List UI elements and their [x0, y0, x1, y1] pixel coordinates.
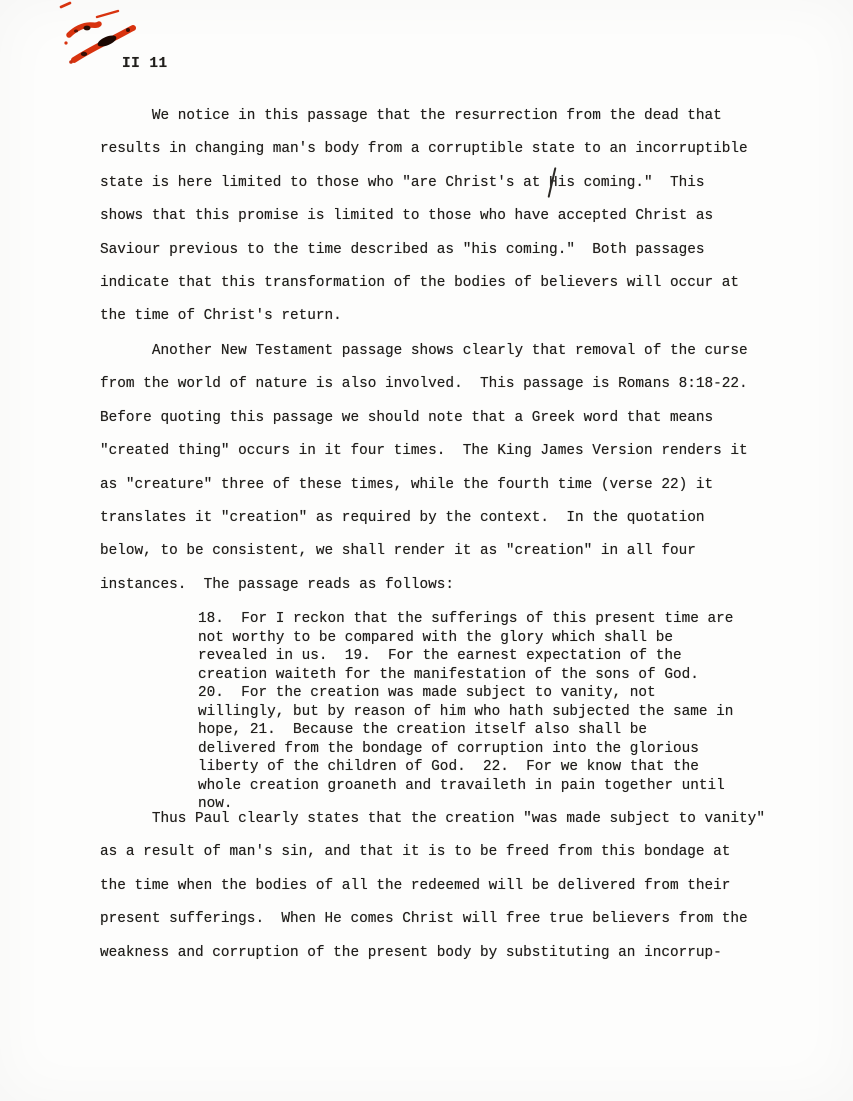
block-quote-romans-8-18-22: 18. For I reckon that the sufferings of … — [198, 610, 733, 814]
page-number-label: II 11 — [122, 56, 168, 72]
paragraph-paul-conclusion: Thus Paul clearly states that the creati… — [100, 803, 765, 970]
paragraph-resurrection-passage: We notice in this passage that the resur… — [100, 100, 748, 334]
paragraph-romans-introduction: Another New Testament passage shows clea… — [100, 335, 748, 602]
scanned-typewritten-page: II 11 We notice in this passage that the… — [0, 0, 853, 1101]
